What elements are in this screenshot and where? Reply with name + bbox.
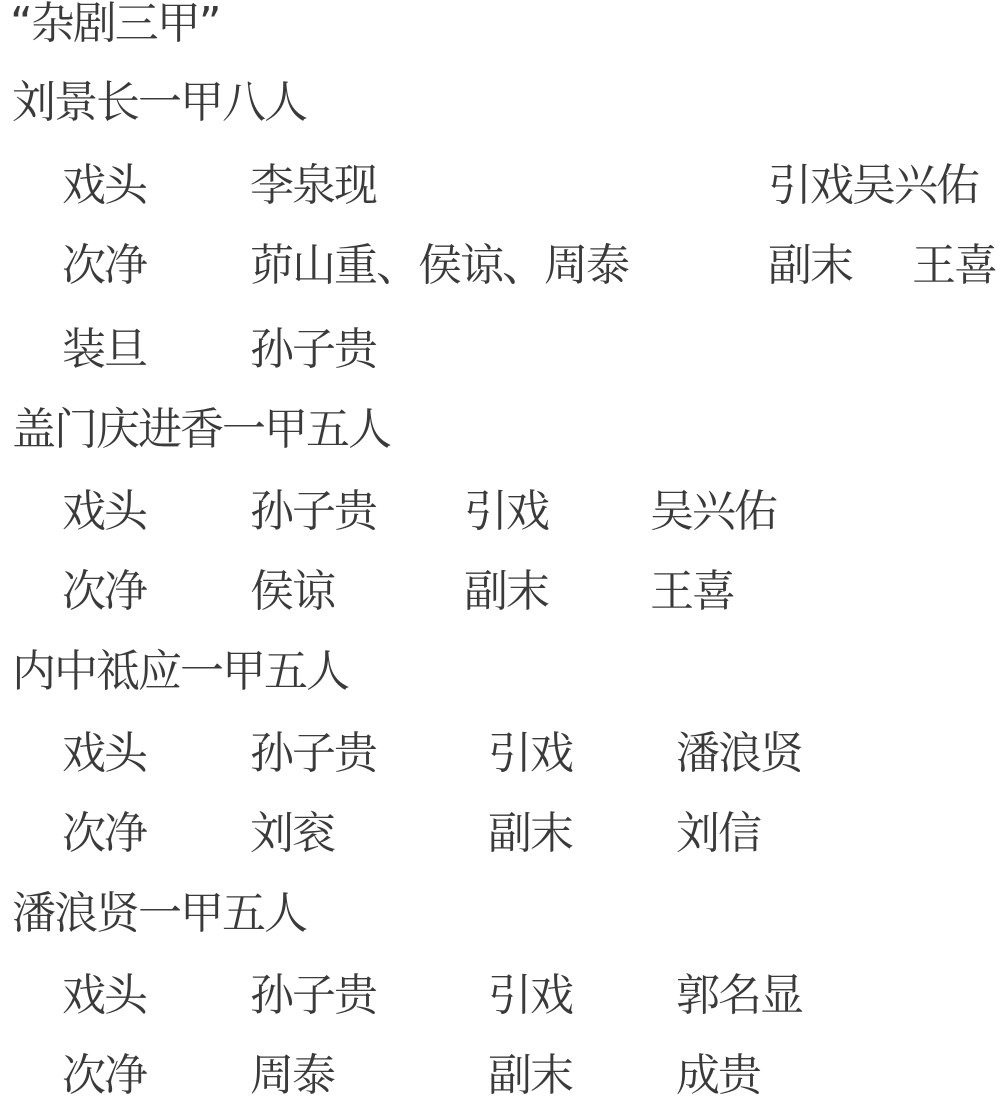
cast-name: 刘衮 — [250, 804, 334, 864]
role-label: 副末 — [768, 236, 852, 296]
troupe-heading-text: 内中祗应一甲五人 — [12, 642, 348, 702]
role-label: 装旦 — [62, 320, 146, 380]
role-label: 引戏 — [488, 724, 572, 784]
role-label: 引戏 — [464, 482, 548, 542]
cast-name: 吴兴佑 — [650, 482, 776, 542]
role-label: 引戏 — [488, 966, 572, 1026]
cast-name: 孙子贵 — [250, 966, 376, 1026]
cast-name: 侯谅 — [250, 562, 334, 622]
troupe-heading-text: 潘浪贤一甲五人 — [12, 884, 306, 944]
role-label: 戏头 — [62, 724, 146, 784]
role-label: 次净 — [62, 804, 146, 864]
troupe-heading-text: 盖门庆进香一甲五人 — [12, 400, 390, 460]
cast-name: 王喜 — [650, 562, 734, 622]
role-label: 副末 — [488, 804, 572, 864]
cast-name: 茆山重、侯谅、周泰 — [250, 236, 628, 296]
cast-name: 孙子贵 — [250, 724, 376, 784]
cast-name: 潘浪贤 — [676, 724, 802, 784]
cast-name: 周泰 — [250, 1046, 334, 1104]
role-label: 次净 — [62, 236, 146, 296]
cast-name: 成贵 — [676, 1046, 760, 1104]
troupe-heading-text: 刘景长一甲八人 — [12, 73, 306, 133]
role-label: 戏头 — [62, 482, 146, 542]
role-label: 副末 — [464, 562, 548, 622]
title-text: “杂剧三甲” — [10, 0, 220, 54]
cast-name: 刘信 — [676, 804, 760, 864]
role-label: 戏头 — [62, 966, 146, 1026]
cast-name: 王喜 — [912, 236, 996, 296]
cast-name: 李泉现 — [250, 156, 376, 216]
cast-name: 孙子贵 — [250, 482, 376, 542]
cast-name: 郭名显 — [676, 966, 802, 1026]
role-label: 引戏吴兴佑 — [768, 156, 978, 216]
role-label: 次净 — [62, 562, 146, 622]
role-label: 戏头 — [62, 156, 146, 216]
cast-name: 孙子贵 — [250, 320, 376, 380]
role-label: 次净 — [62, 1046, 146, 1104]
role-label: 副末 — [488, 1046, 572, 1104]
